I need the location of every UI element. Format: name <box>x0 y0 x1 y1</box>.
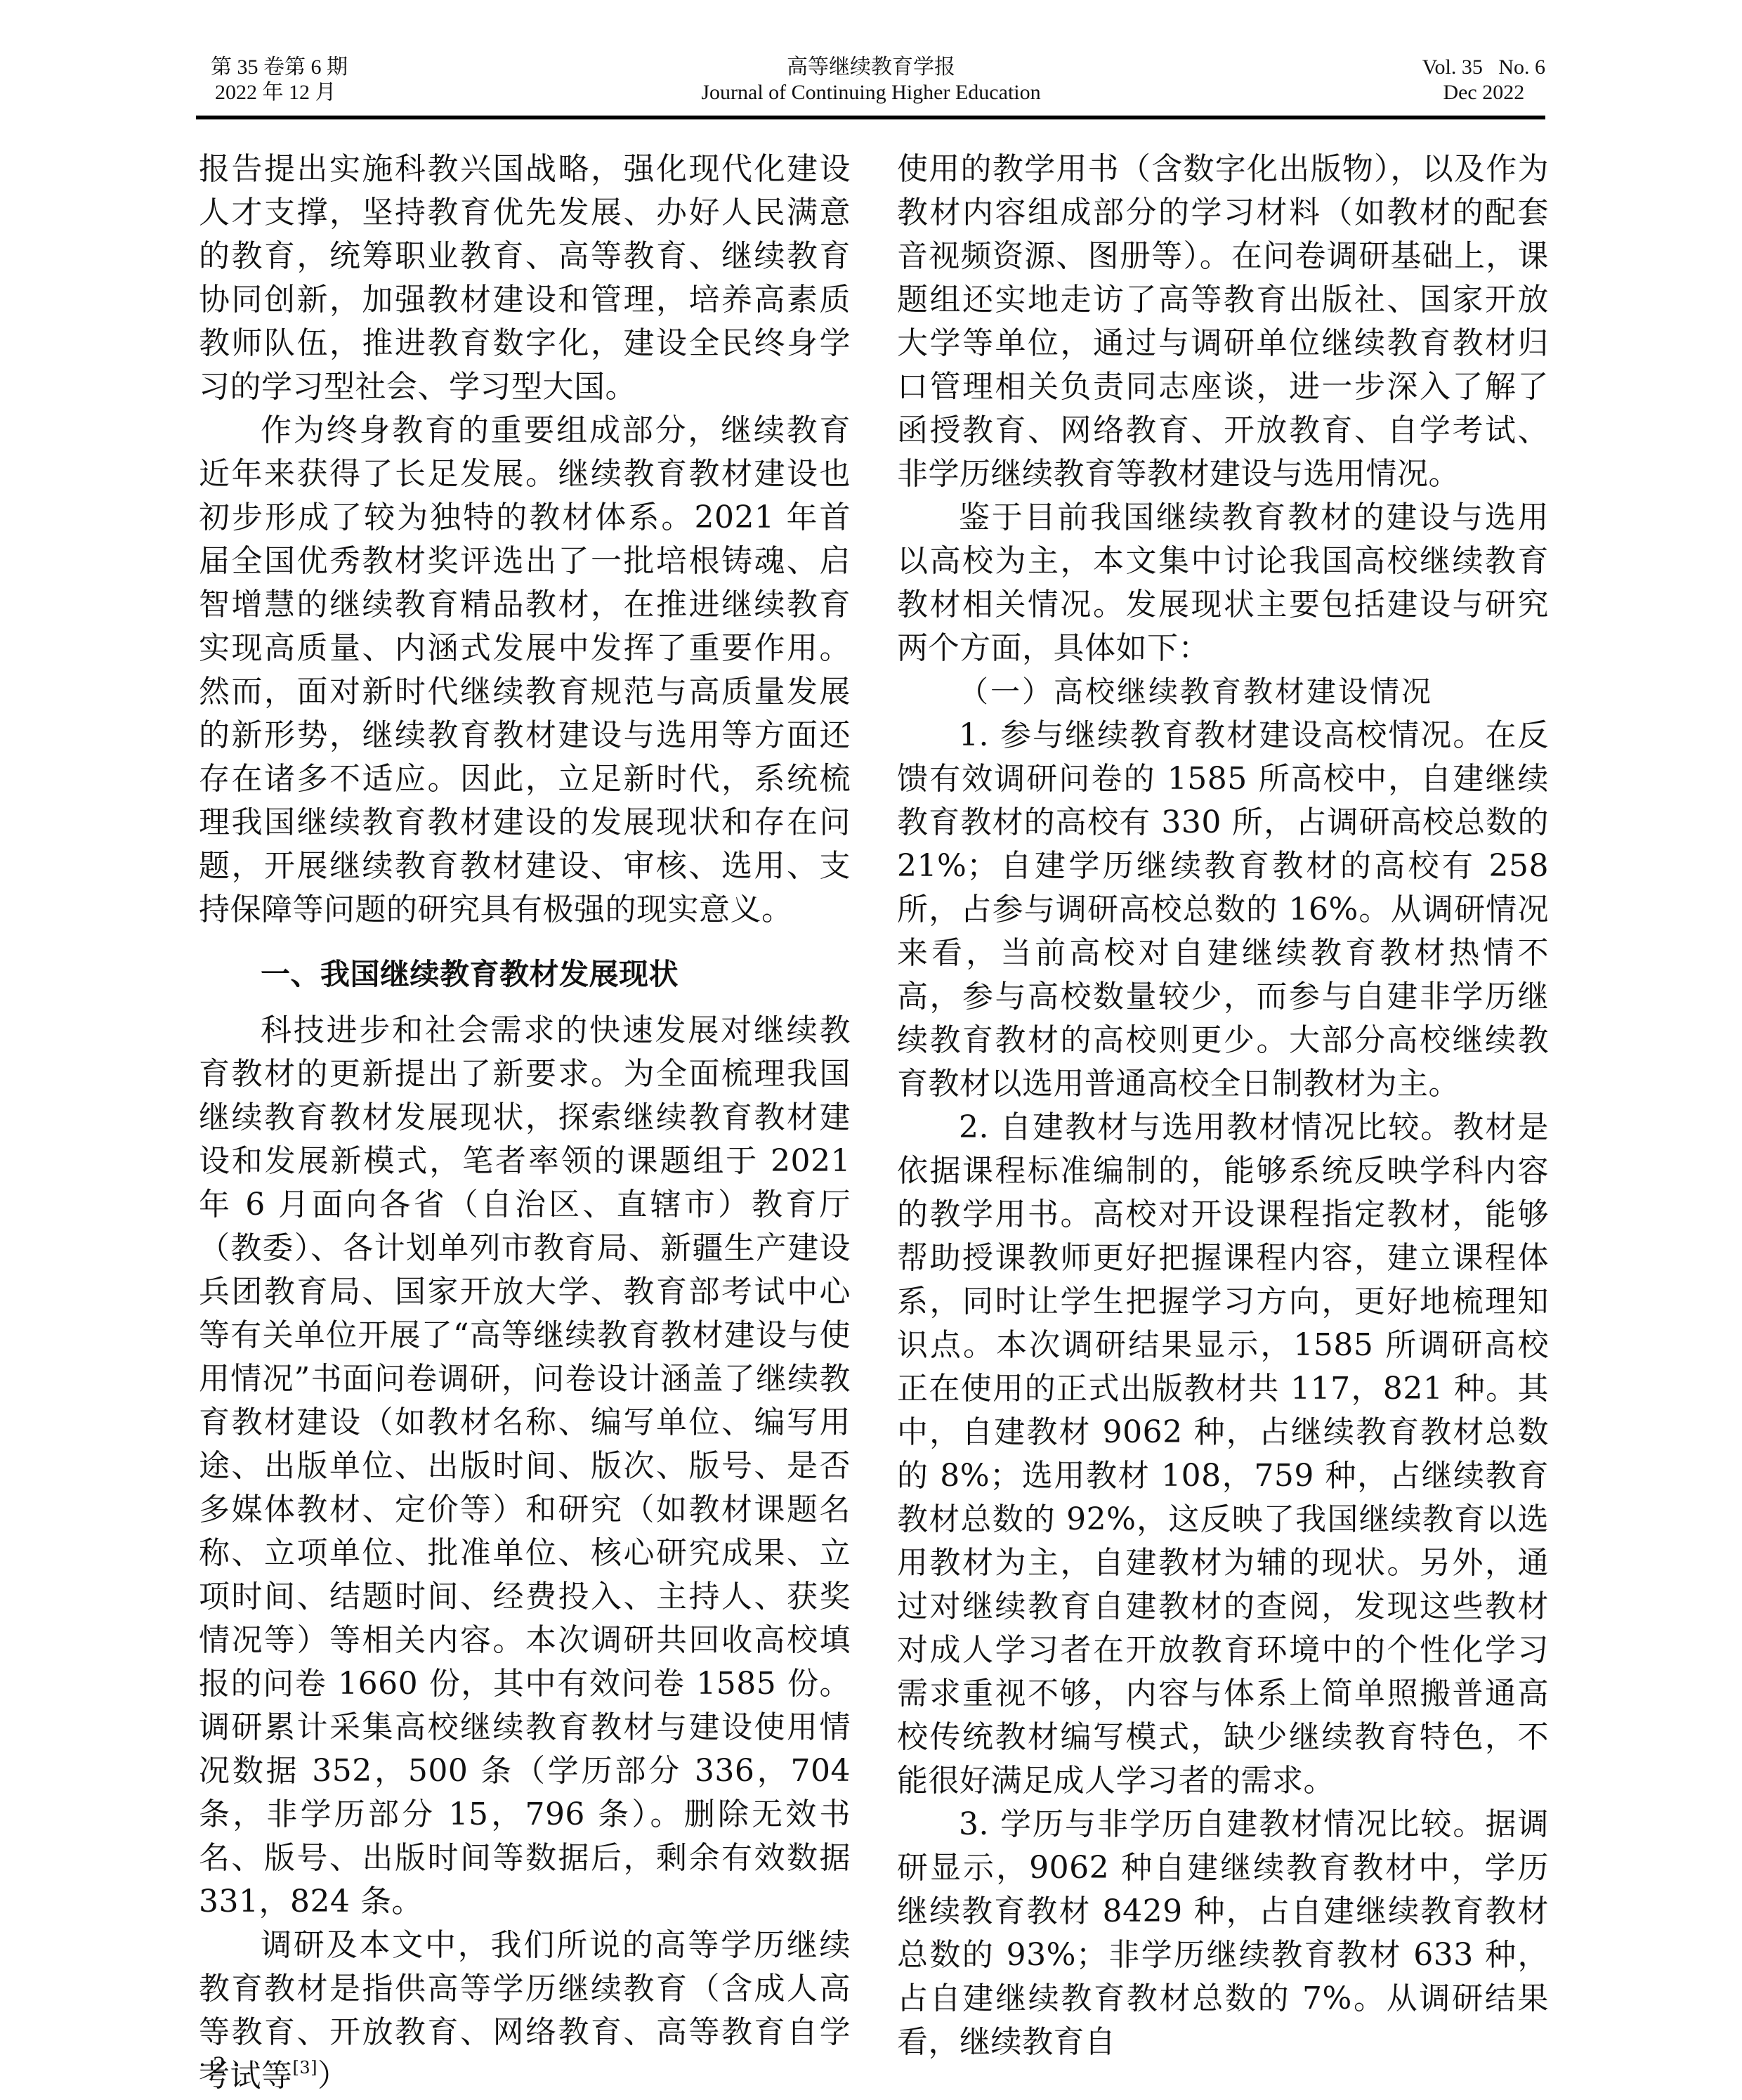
paragraph: 鉴于目前我国继续教育教材的建设与选用以高校为主，本文集中讨论我国高校继续教育教材… <box>897 496 1549 670</box>
right-column: 使用的教学用书（含数字化出版物），以及作为教材内容组成部分的学习材料（如教材的配… <box>897 148 1549 2064</box>
paragraph: 报告提出实施科教兴国战略，强化现代化建设人才支撑，坚持教育优先发展、办好人民满意… <box>199 148 851 409</box>
paragraph-text-end: ） <box>317 2058 349 2094</box>
section-heading: 一、我国继续教育教材发展现状 <box>199 953 851 996</box>
header-rule <box>196 115 1545 119</box>
subsection-heading: （一）高校继续教育教材建设情况 <box>897 670 1549 714</box>
paragraph: 调研及本文中，我们所说的高等学历继续教育教材是指供高等学历继续教育（含成人高等教… <box>199 1924 851 2098</box>
page-number: · 2 · <box>198 2050 240 2080</box>
paragraph: 3. 学历与非学历自建教材情况比较。据调研显示，9062 种自建继续教育教材中，… <box>897 1803 1549 2064</box>
paragraph: 使用的教学用书（含数字化出版物），以及作为教材内容组成部分的学习材料（如教材的配… <box>897 148 1549 496</box>
paragraph: 科技进步和社会需求的快速发展对继续教育教材的更新提出了新要求。为全面梳理我国继续… <box>199 1009 851 1924</box>
paragraph: 作为终身教育的重要组成部分，继续教育近年来获得了长足发展。继续教育教材建设也初步… <box>199 409 851 932</box>
volume-number-en: Vol. 35 No. 6 <box>1422 55 1545 80</box>
paragraph: 1. 参与继续教育教材建设高校情况。在反馈有效调研问卷的 1585 所高校中，自… <box>897 714 1549 1106</box>
left-column: 报告提出实施科教兴国战略，强化现代化建设人才支撑，坚持教育优先发展、办好人民满意… <box>199 148 851 2098</box>
paragraph: 2. 自建教材与选用教材情况比较。教材是依据课程标准编制的，能够系统反映学科内容… <box>897 1106 1549 1803</box>
issue-date-en: Dec 2022 <box>1422 80 1545 105</box>
volume-info-en: Vol. 35 No. 6 Dec 2022 <box>1422 55 1545 105</box>
citation-link[interactable]: [3] <box>293 2058 318 2078</box>
